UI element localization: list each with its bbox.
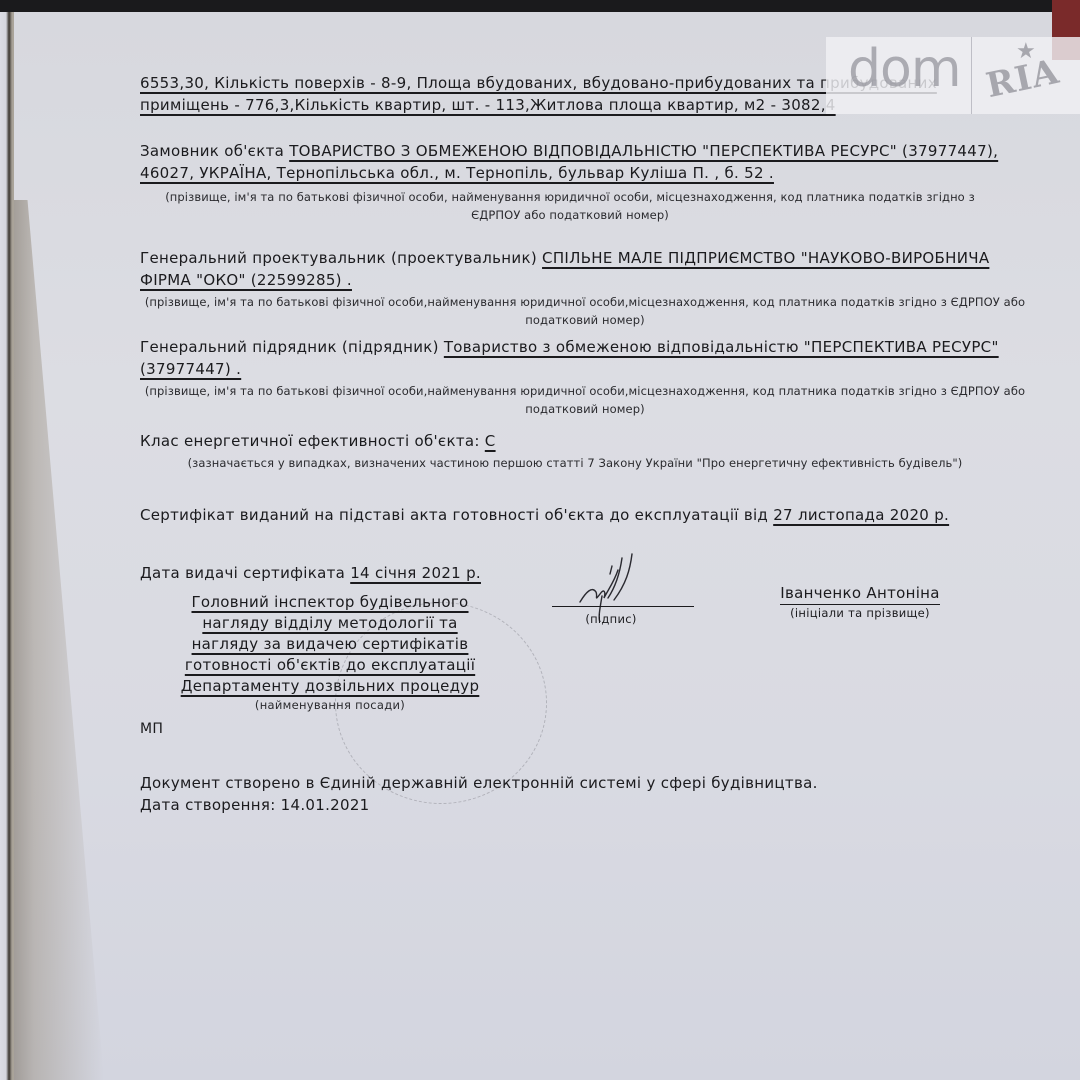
position-line: готовності об'єктів до експлуатації (185, 655, 475, 676)
position-line: Департаменту дозвільних процедур (181, 676, 480, 697)
customer-note: (прізвище, ім'я та по батькові фізичної … (160, 188, 980, 224)
general-contractor-section: Генеральний підрядник (підрядник) Товари… (140, 336, 1020, 418)
footer-created-in: Документ створено в Єдиній державній еле… (140, 772, 1020, 794)
energy-class-note: (зазначається у випадках, визначених час… (150, 454, 1000, 472)
general-designer-label: Генеральний проектувальник (проектувальн… (140, 249, 537, 267)
position-line: Головний інспектор будівельного (191, 592, 468, 613)
footer-section: Документ створено в Єдиній державній еле… (140, 772, 1020, 816)
customer-section: Замовник об'єкта ТОВАРИСТВО З ОБМЕЖЕНОЮ … (140, 140, 1020, 224)
signature-block: (підпис) (552, 552, 697, 622)
watermark-dom-text: dom (848, 39, 960, 99)
position-note: (найменування посади) (140, 697, 520, 713)
certificate-basis-value: 27 листопада 2020 р. (773, 506, 949, 524)
seal-mark: МП (140, 718, 1020, 740)
certificate-basis-section: Сертифікат виданий на підставі акта гото… (140, 504, 1020, 526)
watermark-divider (971, 37, 972, 114)
issue-date-value: 14 січня 2021 р. (350, 564, 481, 582)
energy-class-section: Клас енергетичної ефективності об'єкта: … (140, 430, 1020, 472)
footer-created-date-label: Дата створення: (140, 796, 276, 814)
footer-created-date: 14.01.2021 (281, 796, 370, 814)
area-details-text: 6553,30, Кількість поверхів - 8-9, Площа… (140, 74, 937, 114)
position-line: нагляду за видачею сертифікатів (192, 634, 469, 655)
general-designer-note: (прізвище, ім'я та по батькові фізичної … (140, 293, 1030, 329)
signer-name: Іванченко Антоніна (780, 583, 940, 605)
signature-line (552, 606, 694, 607)
customer-label: Замовник об'єкта (140, 142, 284, 160)
signature-label: (підпис) (552, 608, 670, 630)
energy-class-label: Клас енергетичної ефективності об'єкта: (140, 432, 480, 450)
domria-watermark: dom ★ RIA (826, 37, 1080, 114)
general-contractor-label: Генеральний підрядник (підрядник) (140, 338, 439, 356)
signer-block: Іванченко Антоніна (ініціали та прізвище… (760, 582, 960, 621)
general-designer-section: Генеральний проектувальник (проектувальн… (140, 247, 1020, 329)
energy-class-value: С (485, 432, 496, 450)
signer-note: (ініціали та прізвище) (760, 605, 960, 621)
certificate-basis-label: Сертифікат виданий на підставі акта гото… (140, 506, 768, 524)
watermark-ria-text: RIA (983, 52, 1063, 106)
position-title: Головний інспектор будівельного нагляду … (140, 592, 520, 713)
issue-date-label: Дата видачі сертифіката (140, 564, 345, 582)
position-line: нагляду відділу методології та (202, 613, 457, 634)
general-contractor-note: (прізвище, ім'я та по батькові фізичної … (140, 382, 1030, 418)
